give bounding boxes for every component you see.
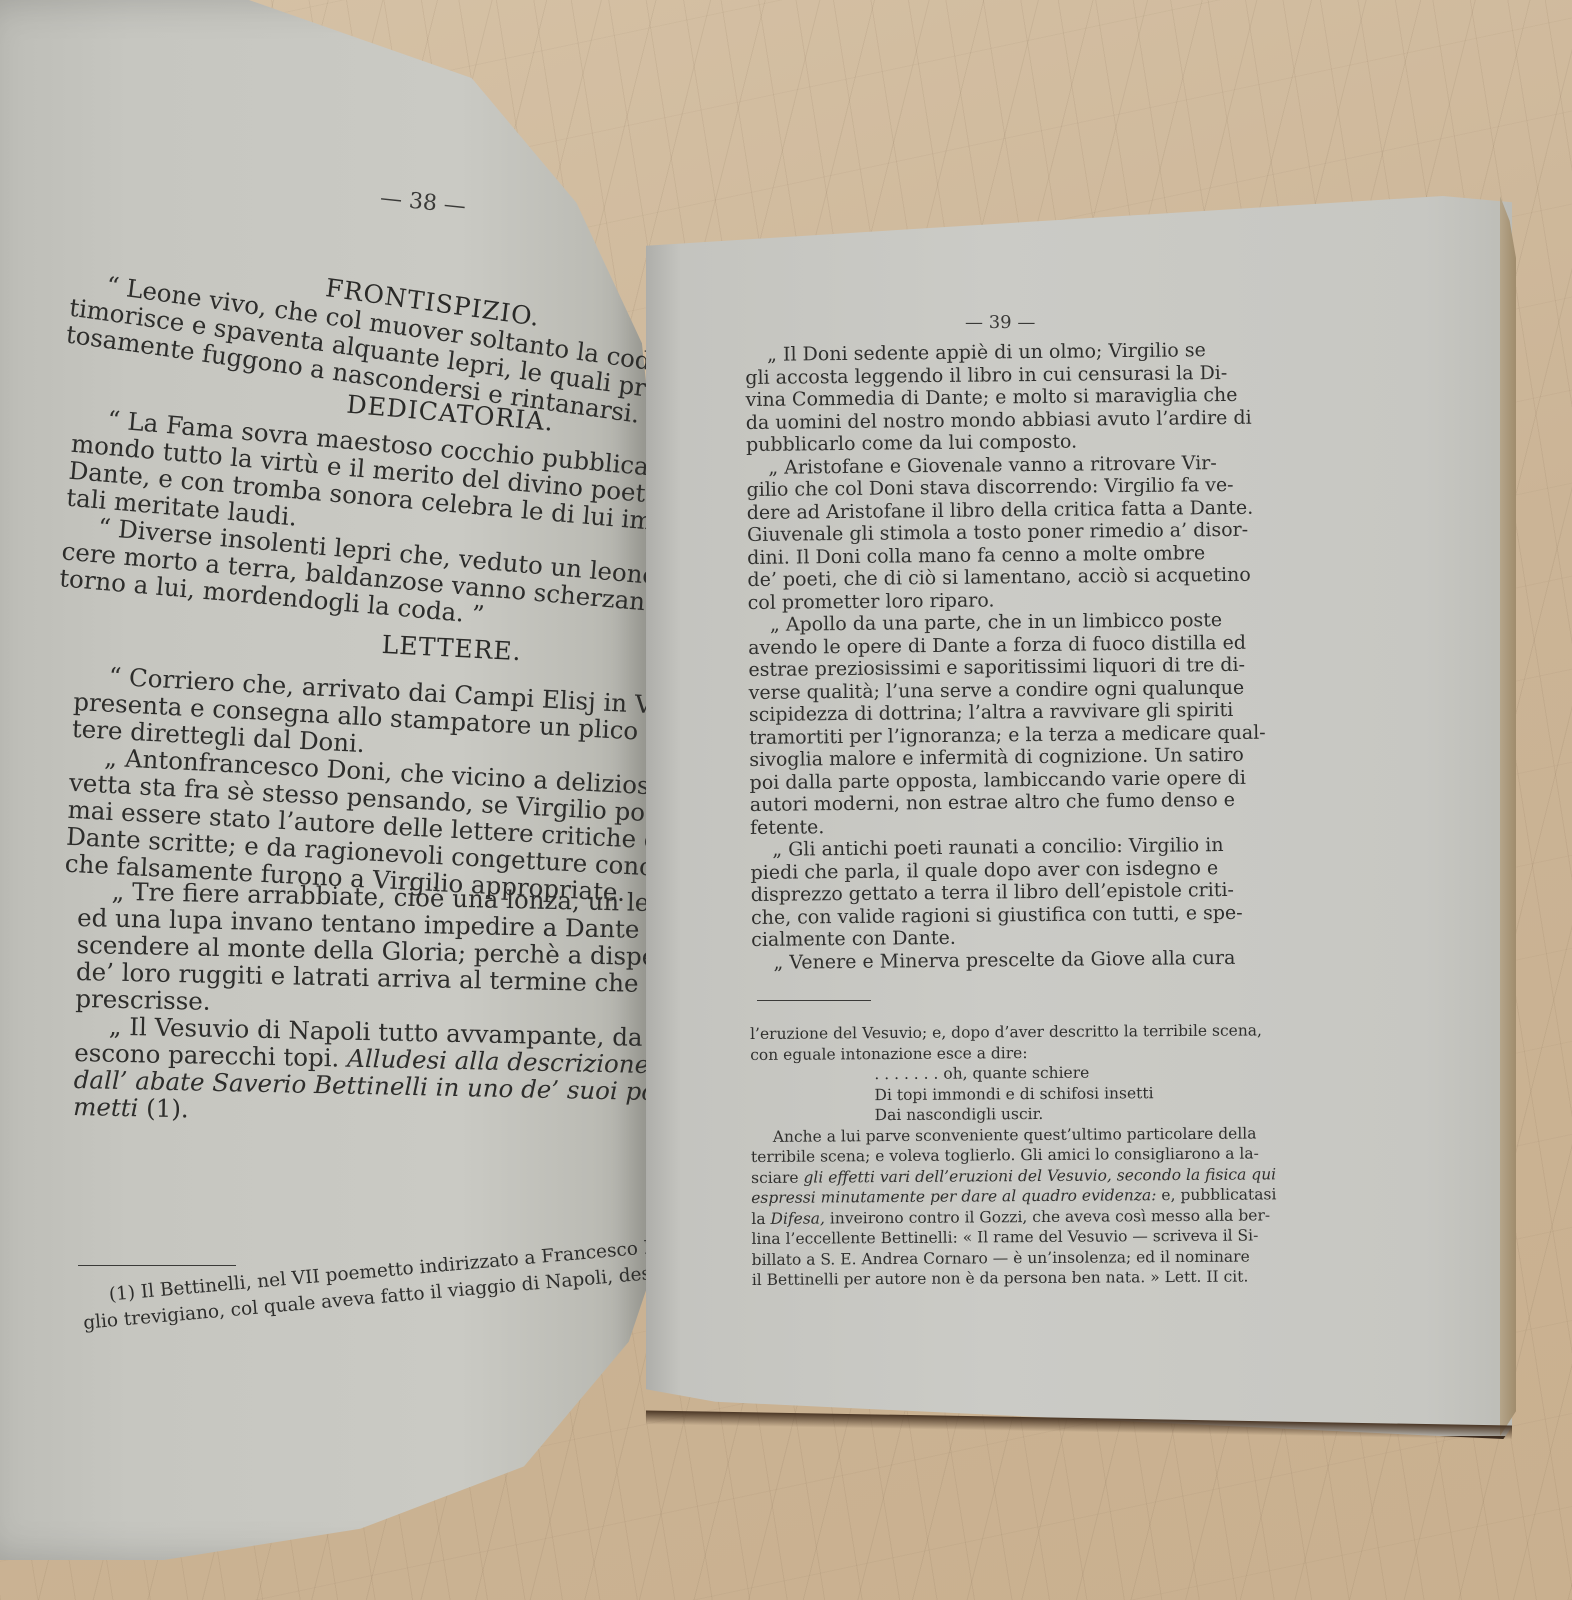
- left-page-text: FRONTISPIZIO. “ Leone vivo, che col muov…: [78, 190, 638, 1120]
- right-page-number: — 39 —: [965, 312, 1035, 333]
- footnote-rule: [78, 1265, 236, 1266]
- footnote-rule: [757, 1000, 871, 1001]
- verse-quote: . . . . . . . oh, quante schiere Di topi…: [750, 1061, 1322, 1126]
- paragraph: “ La Fama sovra maestoso cocchio pubblic…: [58, 403, 632, 640]
- paragraph: „ Il Doni sedente appiè di un olmo; Virg…: [745, 338, 1311, 456]
- paragraph: „ Tre fiere arrabbiate, cioè una lonza, …: [73, 877, 638, 1132]
- paragraph: „ Aristofane e Giovenale vanno a ritrova…: [746, 451, 1313, 614]
- right-page-fore-edge: [1500, 196, 1516, 1436]
- right-footnote: l’eruzione del Vesuvio; e, dopo d’aver d…: [750, 1020, 1324, 1290]
- paragraph: “ Corriero che, arrivato dai Campi Elisj…: [64, 661, 635, 906]
- paragraph: „ Gli antichi poeti raunati a concilio: …: [750, 833, 1316, 951]
- right-page-text: „ Il Doni sedente appiè di un olmo; Virg…: [745, 338, 1317, 974]
- footnote-reference: (1).: [146, 1093, 189, 1123]
- paragraph: „ Apollo da una parte, che in un limbicc…: [748, 608, 1315, 839]
